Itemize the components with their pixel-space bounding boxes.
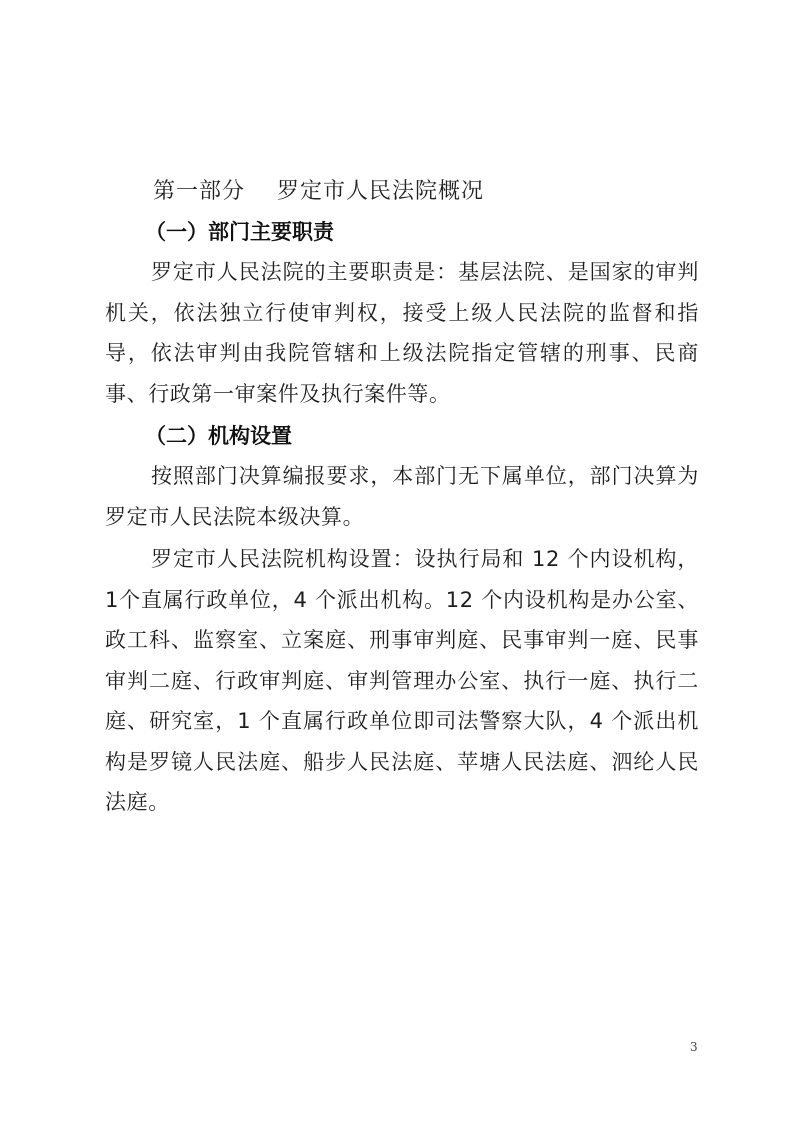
document-page: 第一部分 罗定市人民法院概况 （一）部门主要职责 罗定市人民法院的主要职责是：基… [0,0,800,1131]
part-title: 第一部分 罗定市人民法院概况 [105,172,699,212]
paragraph-budget-scope: 按照部门决算编报要求，本部门无下属单位，部门决算为罗定市人民法院本级决算。 [105,456,699,537]
page-number: 3 [690,1040,698,1054]
section-heading-organization: （二）机构设置 [105,416,699,456]
paragraph-organization-structure: 罗定市人民法院机构设置：设执行局和 12 个内设机构，1个直属行政单位，4 个派… [105,539,699,823]
paragraph-duties: 罗定市人民法院的主要职责是：基层法院、是国家的审判机关，依法独立行使审判权，接受… [105,252,699,414]
section-heading-duties: （一）部门主要职责 [105,212,699,252]
page-content: 第一部分 罗定市人民法院概况 （一）部门主要职责 罗定市人民法院的主要职责是：基… [105,172,699,823]
